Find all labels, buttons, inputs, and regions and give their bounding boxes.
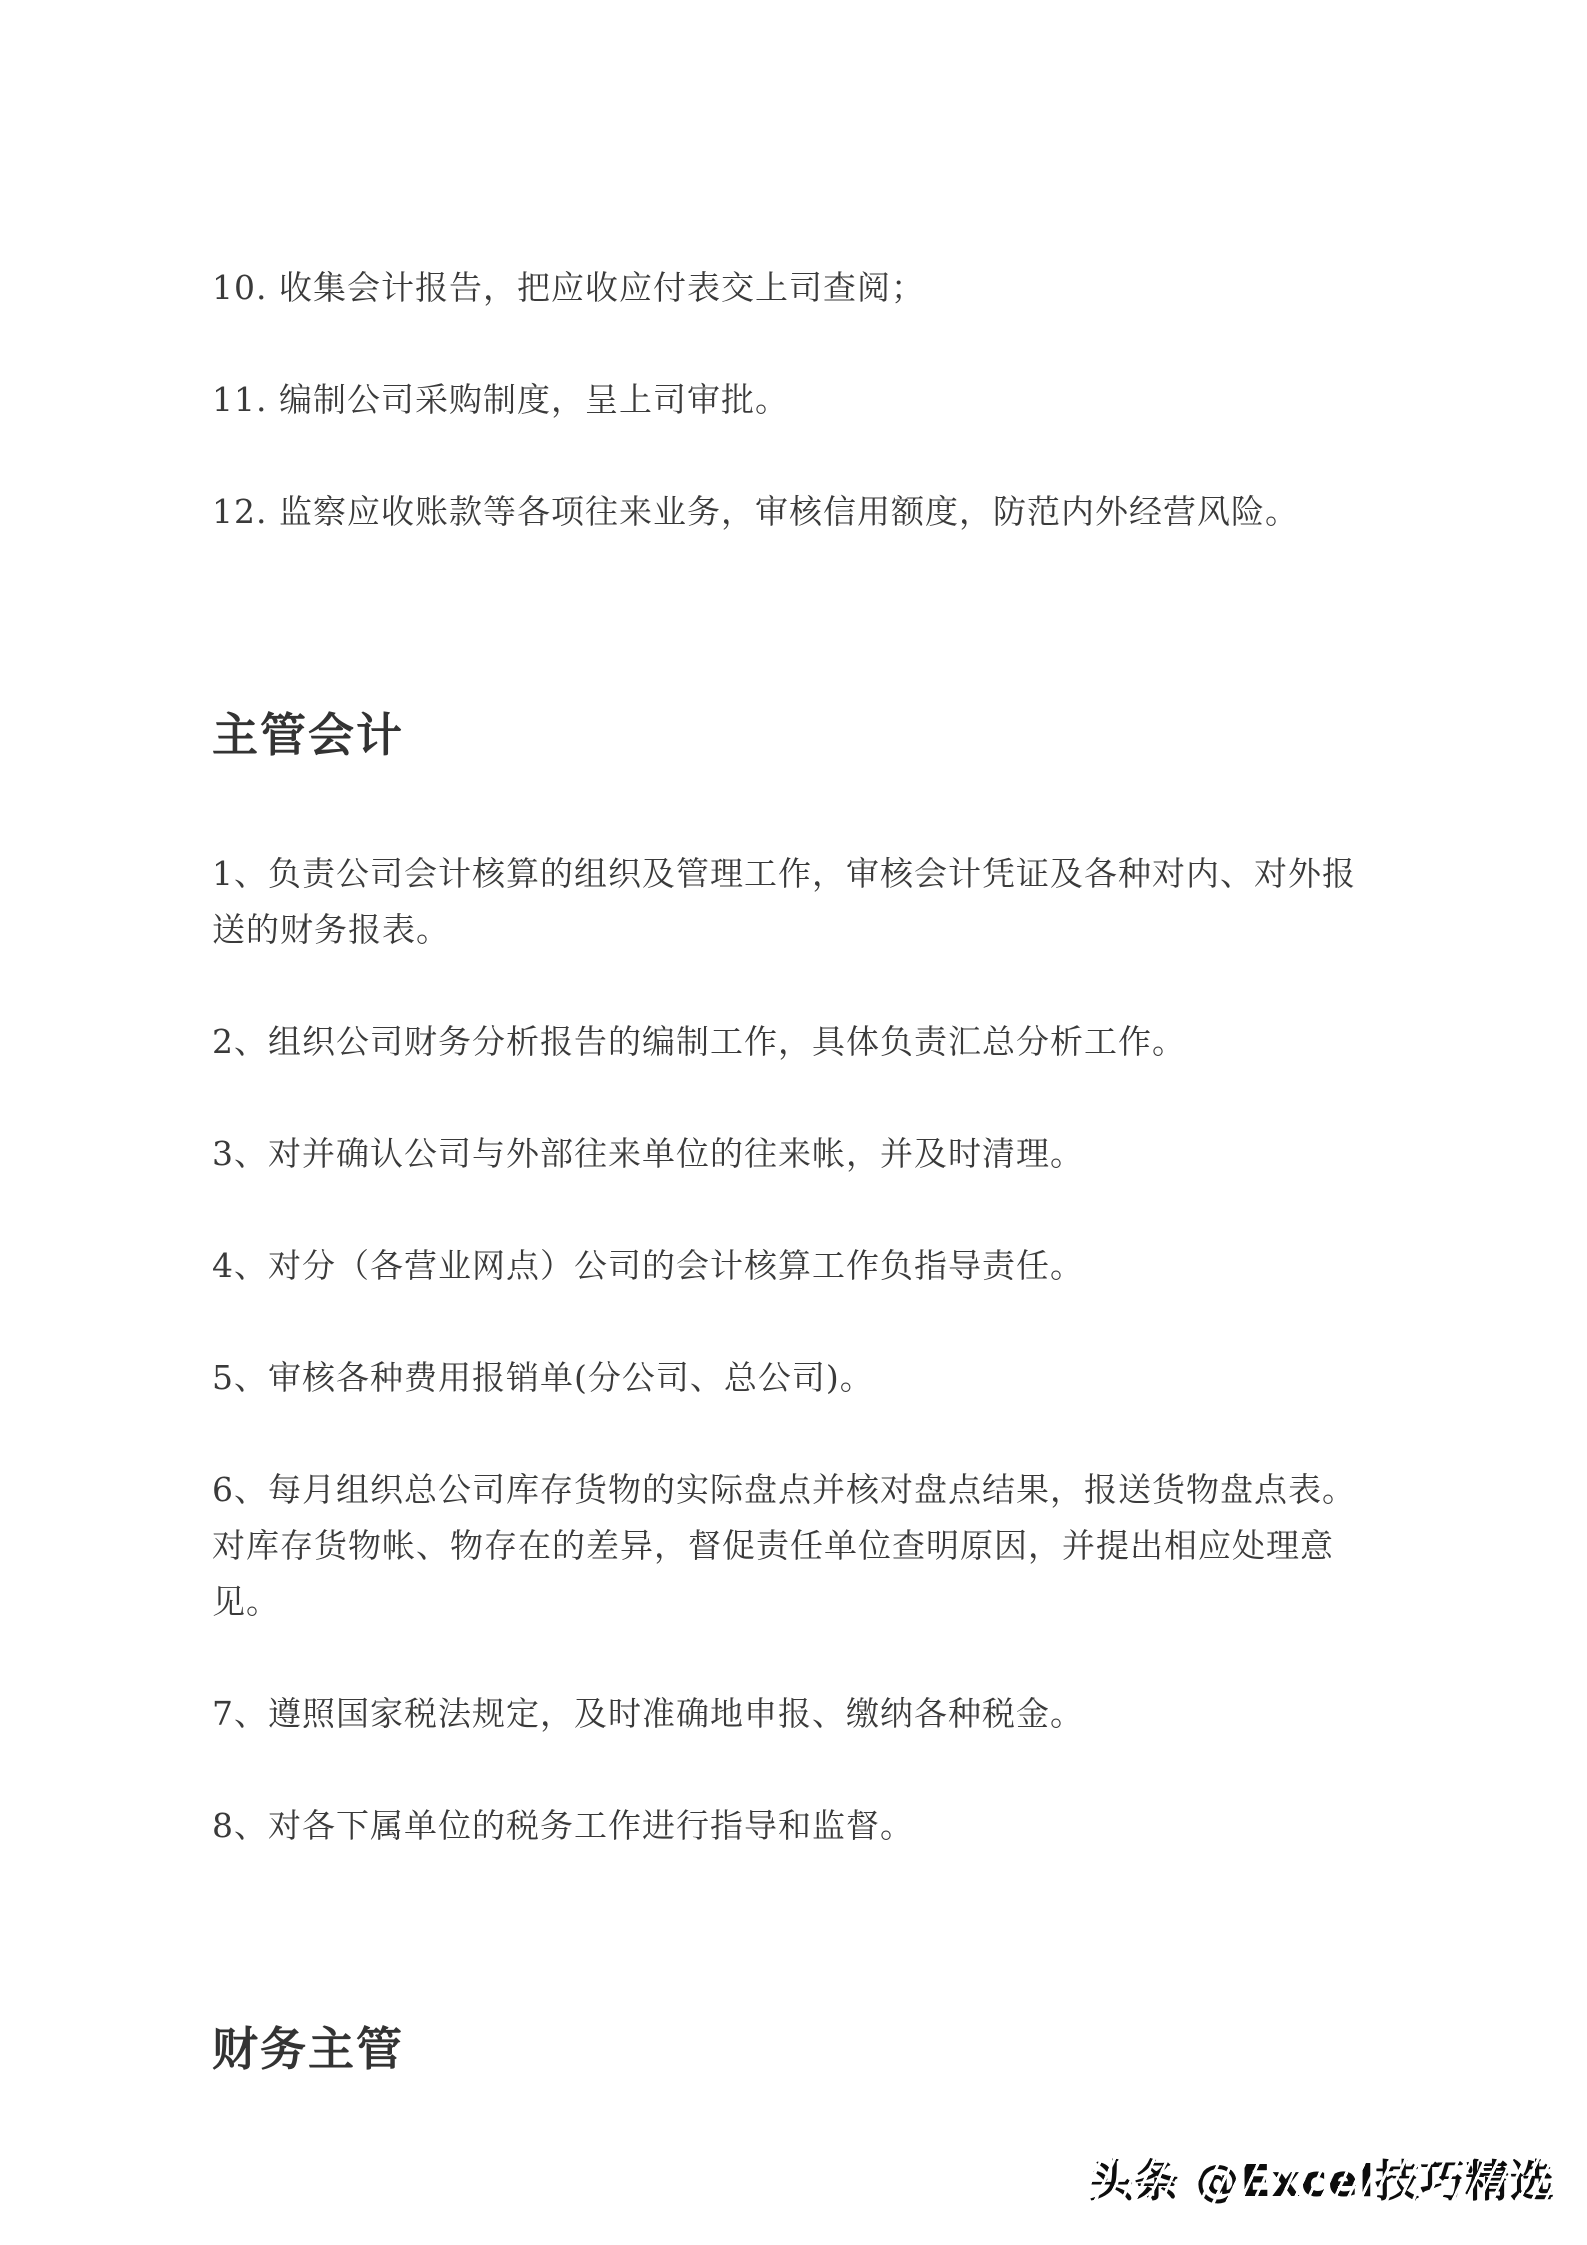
list-item-2: 2、组织公司财务分析报告的编制工作，具体负责汇总分析工作。 xyxy=(212,1014,1377,1070)
list-item-6: 6、每月组织总公司库存货物的实际盘点并核对盘点结果，报送货物盘点表。对库存货物帐… xyxy=(212,1462,1377,1630)
document-body: 10. 收集会计报告，把应收应付表交上司查阅； 11. 编制公司采购制度，呈上司… xyxy=(212,260,1377,2160)
list-item-12: 12. 监察应收账款等各项往来业务，审核信用额度，防范内外经营风险。 xyxy=(212,484,1377,540)
document-page: 10. 收集会计报告，把应收应付表交上司查阅； 11. 编制公司采购制度，呈上司… xyxy=(0,0,1587,2245)
section-heading-finance-supervisor: 财务主管 xyxy=(212,2014,1377,2084)
toutiao-watermark: 头条 @Excel技巧精选 xyxy=(1089,2145,1555,2209)
list-item-3: 3、对并确认公司与外部往来单位的往来帐，并及时清理。 xyxy=(212,1126,1377,1182)
list-item-4: 4、对分（各营业网点）公司的会计核算工作负指导责任。 xyxy=(212,1238,1377,1294)
list-item-1: 1、负责公司会计核算的组织及管理工作，审核会计凭证及各种对内、对外报送的财务报表… xyxy=(212,846,1377,958)
list-item-10: 10. 收集会计报告，把应收应付表交上司查阅； xyxy=(212,260,1377,316)
list-item-8: 8、对各下属单位的税务工作进行指导和监督。 xyxy=(212,1798,1377,1854)
list-item-11: 11. 编制公司采购制度，呈上司审批。 xyxy=(212,372,1377,428)
list-item-7: 7、遵照国家税法规定，及时准确地申报、缴纳各种税金。 xyxy=(212,1686,1377,1742)
list-item-5: 5、审核各种费用报销单(分公司、总公司)。 xyxy=(212,1350,1377,1406)
section-heading-chief-accountant: 主管会计 xyxy=(212,700,1377,770)
